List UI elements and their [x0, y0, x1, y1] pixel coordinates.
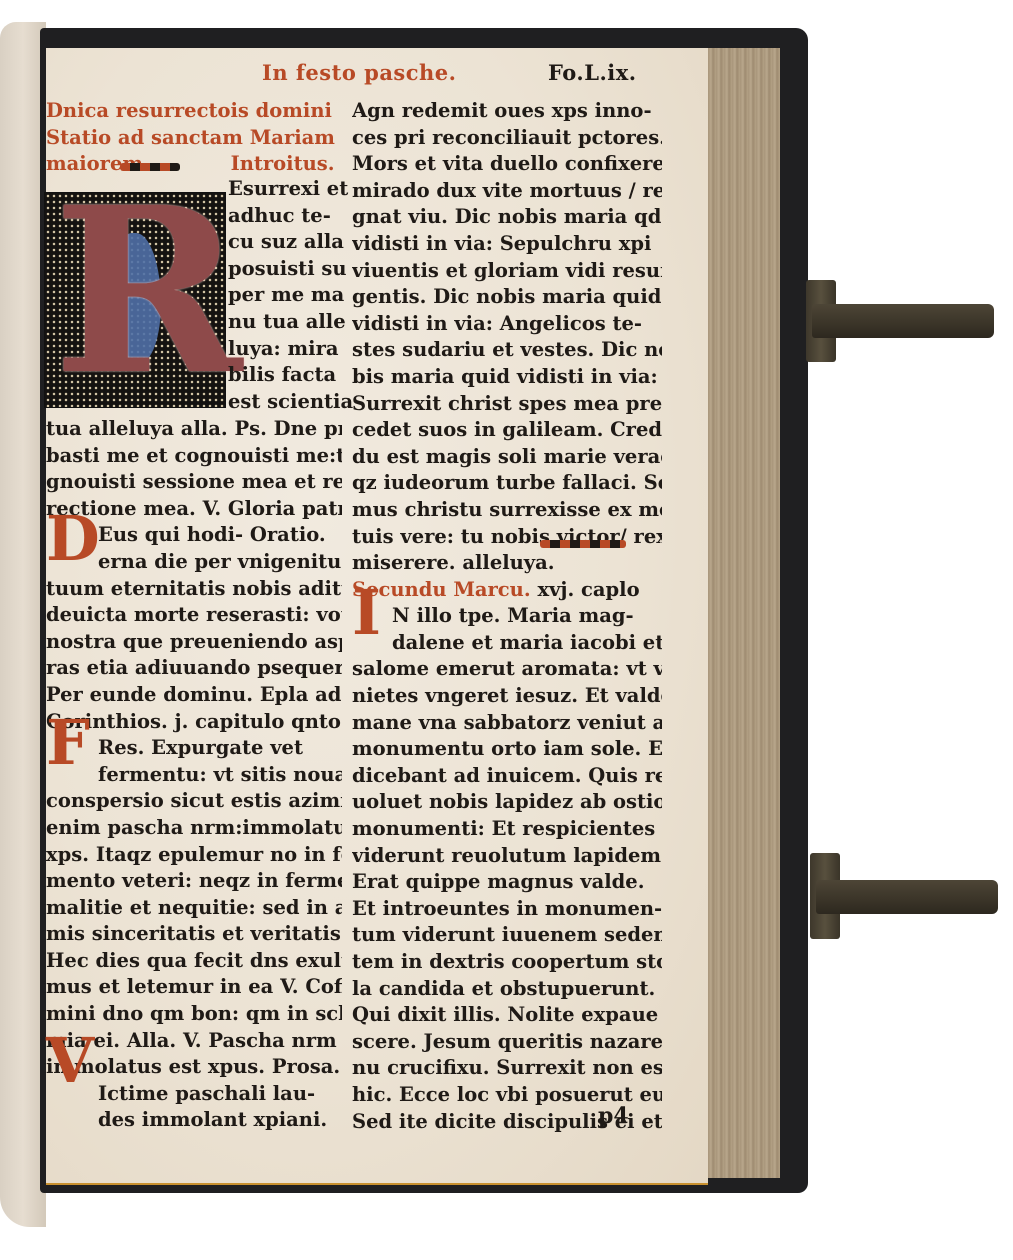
clasp-top[interactable]: [812, 304, 994, 338]
introitus-label: Introitus.: [231, 152, 335, 175]
text-line: Per eunde dominu. Epla ad: [46, 682, 342, 709]
text-line: mane vna sabbatorz veniut ad: [352, 710, 662, 737]
red-initial-i: I: [352, 582, 381, 644]
running-title: In festo pasche.: [262, 60, 456, 85]
red-initial-d: D: [46, 508, 100, 570]
text-line: mento veteri: neqz in fermeto: [46, 868, 342, 895]
text-line: uoluet nobis lapidez ab ostio: [352, 789, 662, 816]
text-line: des immolant xpiani.: [46, 1107, 342, 1134]
right-column-sequence: Agn redemit oues xps inno- ces pri recon…: [352, 98, 662, 1135]
text-line: la candida et obstupuerunt.: [352, 976, 662, 1003]
text-line: vidisti in via: Sepulchru xpi: [352, 231, 662, 258]
text-line: Qui dixit illis. Nolite expaue: [352, 1002, 662, 1029]
text-line: bilis facta: [228, 362, 353, 389]
text-line: Res. Expurgate vet: [46, 735, 342, 762]
text-line: tem in dextris coopertum sto-: [352, 949, 662, 976]
signature-mark: p4: [598, 1103, 629, 1129]
text-line: tua alleluya alla. Ps. Dne pro-: [46, 416, 342, 443]
text-line: Agn redemit oues xps inno-: [352, 98, 662, 125]
text-line: vidisti in via: Angelicos te-: [352, 311, 662, 338]
text-line: conspersio sicut estis azimi. Et-: [46, 788, 342, 815]
text-line: mis sinceritatis et veritatis. Gr: [46, 921, 342, 948]
text-line: adhuc te-: [228, 203, 353, 230]
text-line: stes sudariu et vestes. Dic no-: [352, 337, 662, 364]
text-line: est scientia: [228, 389, 353, 416]
left-column-beside-initial: Esurrexi et adhuc te- cu suz alla posuis…: [228, 176, 353, 415]
text-line: ras etia adiuuando psequere.: [46, 655, 342, 682]
text-line: Hec dies qua fecit dns exulte: [46, 948, 342, 975]
text-line: posuisti su: [228, 256, 353, 283]
rubric-line: Dnica resurrectois domini: [46, 98, 335, 125]
text-line: mus et letemur in ea V. Cofite-: [46, 974, 342, 1001]
text-line: gnat viu. Dic nobis maria qd: [352, 204, 662, 231]
text-line: monumenti: Et respicientes: [352, 816, 662, 843]
text-line: cu suz alla: [228, 229, 353, 256]
text-line: bis maria quid vidisti in via:: [352, 364, 662, 391]
text-line: basti me et cognouisti me:tu co: [46, 443, 342, 470]
rubric-line: Statio ad sanctam Mariam: [46, 125, 335, 152]
gospel-chapter: xvj. caplo: [537, 578, 639, 601]
text-line: Erat quippe magnus valde.: [352, 869, 662, 896]
text-line: ces pri reconciliauit pctores.: [352, 125, 662, 152]
text-line: cedet suos in galileam. Crede: [352, 417, 662, 444]
text-line: nietes vngeret iesuz. Et valde: [352, 683, 662, 710]
folio-number: Fo.L.ix.: [548, 60, 637, 85]
text-line: enim pascha nrm:immolatus est: [46, 815, 342, 842]
page-fore-edge: [708, 48, 780, 1178]
text-line: nu crucifixu. Surrexit non est: [352, 1055, 662, 1082]
text-line: Esurrexi et: [228, 176, 353, 203]
text-line: Mors et vita duello confixere: [352, 151, 662, 178]
text-line: Et introeuntes in monumen-: [352, 896, 662, 923]
red-initial-f: F: [46, 712, 90, 774]
text-line: viderunt reuolutum lapidem.: [352, 843, 662, 870]
text-line: mus christu surrexisse ex mor-: [352, 497, 662, 524]
text-line: mirado dux vite mortuus / re-: [352, 178, 662, 205]
text-line: miserere. alleluya.: [352, 550, 662, 577]
line-filler-ornament: [540, 540, 626, 548]
text-line: Corinthios. j. capitulo qnto.: [46, 709, 342, 736]
text-line: fermentu: vt sitis noua: [46, 762, 342, 789]
initial-letter: R: [53, 177, 242, 405]
text-line: salome emerut aromata: vt ve: [352, 656, 662, 683]
text-line: du est magis soli marie veraci: [352, 444, 662, 471]
decorated-initial-r: R: [44, 192, 226, 408]
text-line: qz iudeorum turbe fallaci. Sci-: [352, 470, 662, 497]
text-line: N illo tpe. Maria mag-: [352, 603, 662, 630]
text-line: viuentis et gloriam vidi resur: [352, 258, 662, 285]
text-line: Surrexit christ spes mea pre: [352, 391, 662, 418]
text-line: nostra que preueniendo aspi-: [46, 629, 342, 656]
text-line: deuicta morte reserasti: vota: [46, 602, 342, 629]
text-line: tum viderunt iuuenem seden-: [352, 922, 662, 949]
text-line: scere. Jesum queritis nazare-: [352, 1029, 662, 1056]
red-initial-v: V: [46, 1030, 94, 1092]
text-line: dalene et maria iacobi et: [352, 630, 662, 657]
text-line: luya: mira: [228, 336, 353, 363]
text-line: nu tua alle: [228, 309, 353, 336]
text-line: malitie et nequitie: sed in azi-: [46, 895, 342, 922]
text-line: tuum eternitatis nobis aditu: [46, 576, 342, 603]
text-line: xps. Itaqz epulemur no in fer: [46, 842, 342, 869]
text-line: gentis. Dic nobis maria quid: [352, 284, 662, 311]
text-line: dicebant ad inuicem. Quis re: [352, 763, 662, 790]
text-line: monumentu orto iam sole. Et: [352, 736, 662, 763]
text-line: gnouisti sessione mea et resur-: [46, 469, 342, 496]
text-line: per me ma: [228, 282, 353, 309]
clasp-bottom[interactable]: [816, 880, 998, 914]
